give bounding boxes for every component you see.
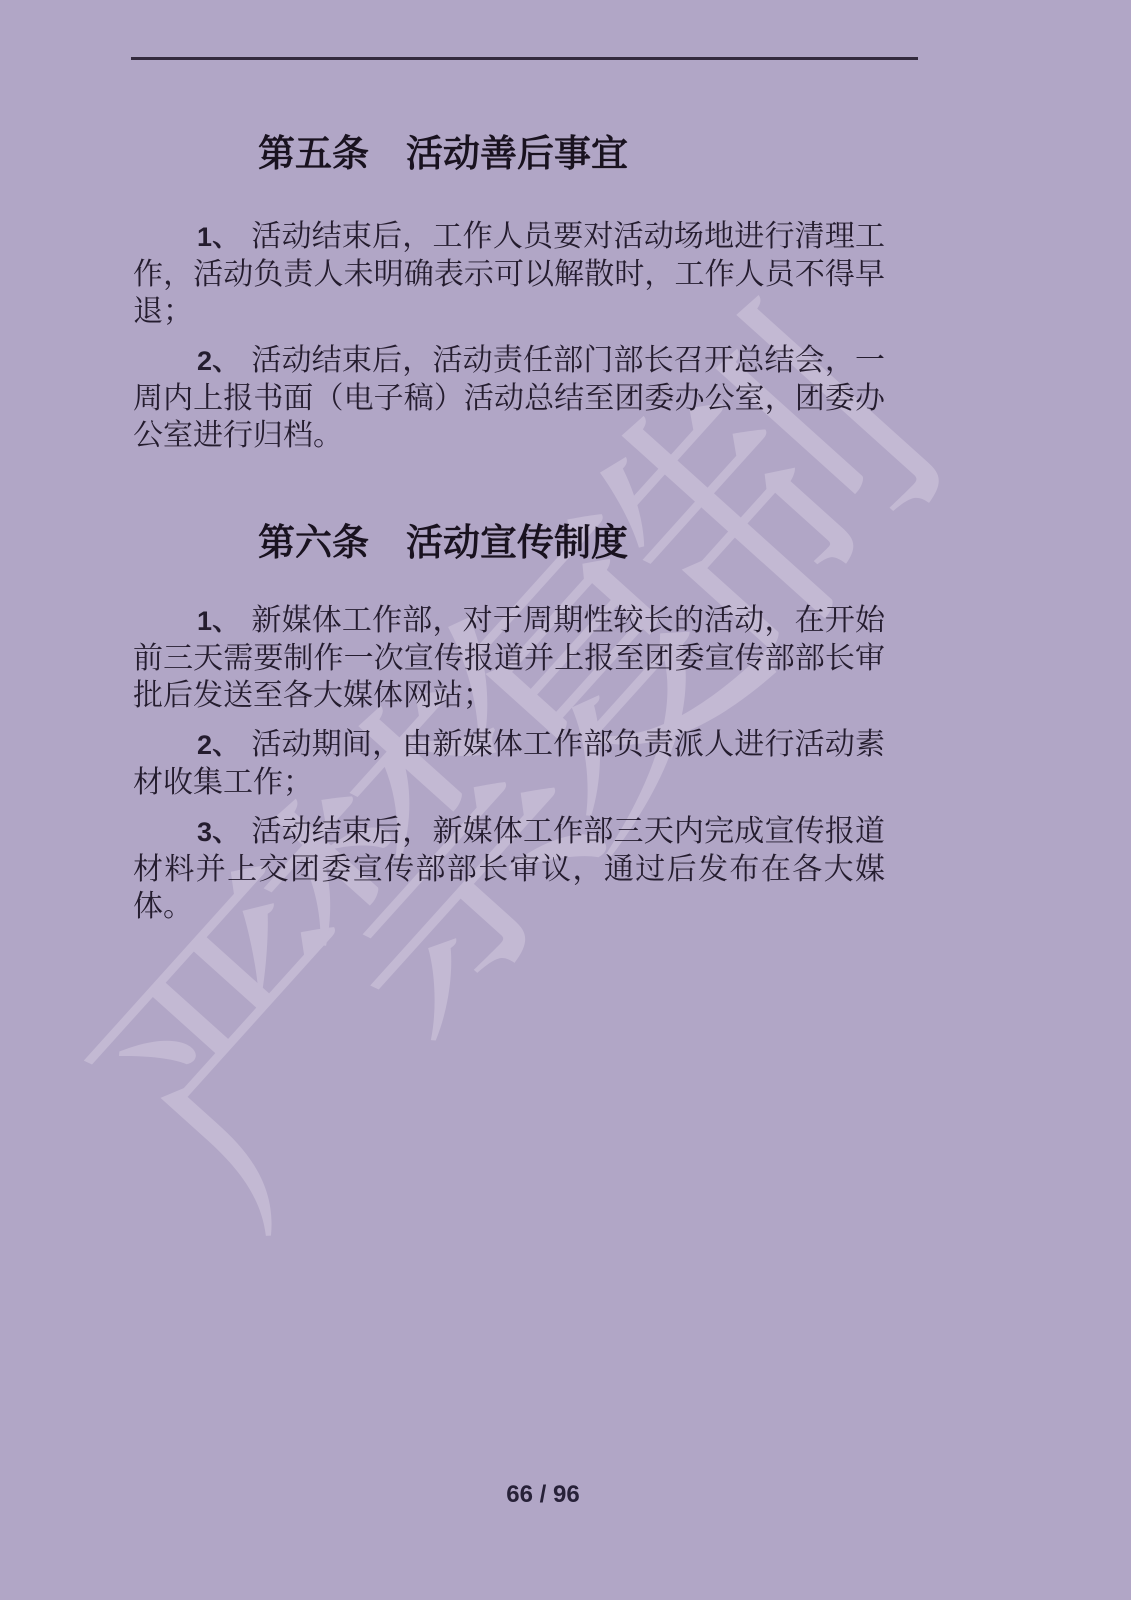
list-number: 1、 [197,606,239,636]
document-body: 第五条 活动善后事宜 1、活动结束后，工作人员要对活动场地进行清理工作，活动负责… [133,0,885,925]
section-heading-article-5: 第五条 活动善后事宜 [258,133,885,177]
paragraph: 1、新媒体工作部，对于周期性较长的活动，在开始前三天需要制作一次宣传报道并上报至… [133,602,885,714]
list-number: 1、 [197,222,239,252]
paragraph-text: 新媒体工作部，对于周期性较长的活动，在开始前三天需要制作一次宣传报道并上报至团委… [133,604,885,712]
paragraph-text: 活动结束后，新媒体工作部三天内完成宣传报道材料并上交团委宣传部部长审议，通过后发… [133,815,885,923]
list-number: 2、 [197,730,239,760]
section-heading-article-6: 第六条 活动宣传制度 [258,522,885,566]
page-number: 66 / 96 [133,1481,953,1509]
paragraph: 1、活动结束后，工作人员要对活动场地进行清理工作，活动负责人未明确表示可以解散时… [133,218,885,330]
document-page: 严禁复制 第五条 活动善后事宜 1、活动结束后，工作人员要对活动场地进行清理工作… [0,0,1131,1600]
list-number: 2、 [197,346,239,376]
paragraph-text: 活动期间，由新媒体工作部负责派人进行活动素材收集工作； [133,728,885,799]
paragraph-text: 活动结束后，工作人员要对活动场地进行清理工作，活动负责人未明确表示可以解散时，工… [133,220,885,328]
paragraph: 2、活动结束后，活动责任部门部长召开总结会，一周内上报书面（电子稿）活动总结至团… [133,342,885,454]
paragraph: 2、活动期间，由新媒体工作部负责派人进行活动素材收集工作； [133,726,885,801]
paragraph: 3、活动结束后，新媒体工作部三天内完成宣传报道材料并上交团委宣传部部长审议，通过… [133,813,885,925]
paragraph-text: 活动结束后，活动责任部门部长召开总结会，一周内上报书面（电子稿）活动总结至团委办… [133,344,885,452]
list-number: 3、 [197,817,239,847]
